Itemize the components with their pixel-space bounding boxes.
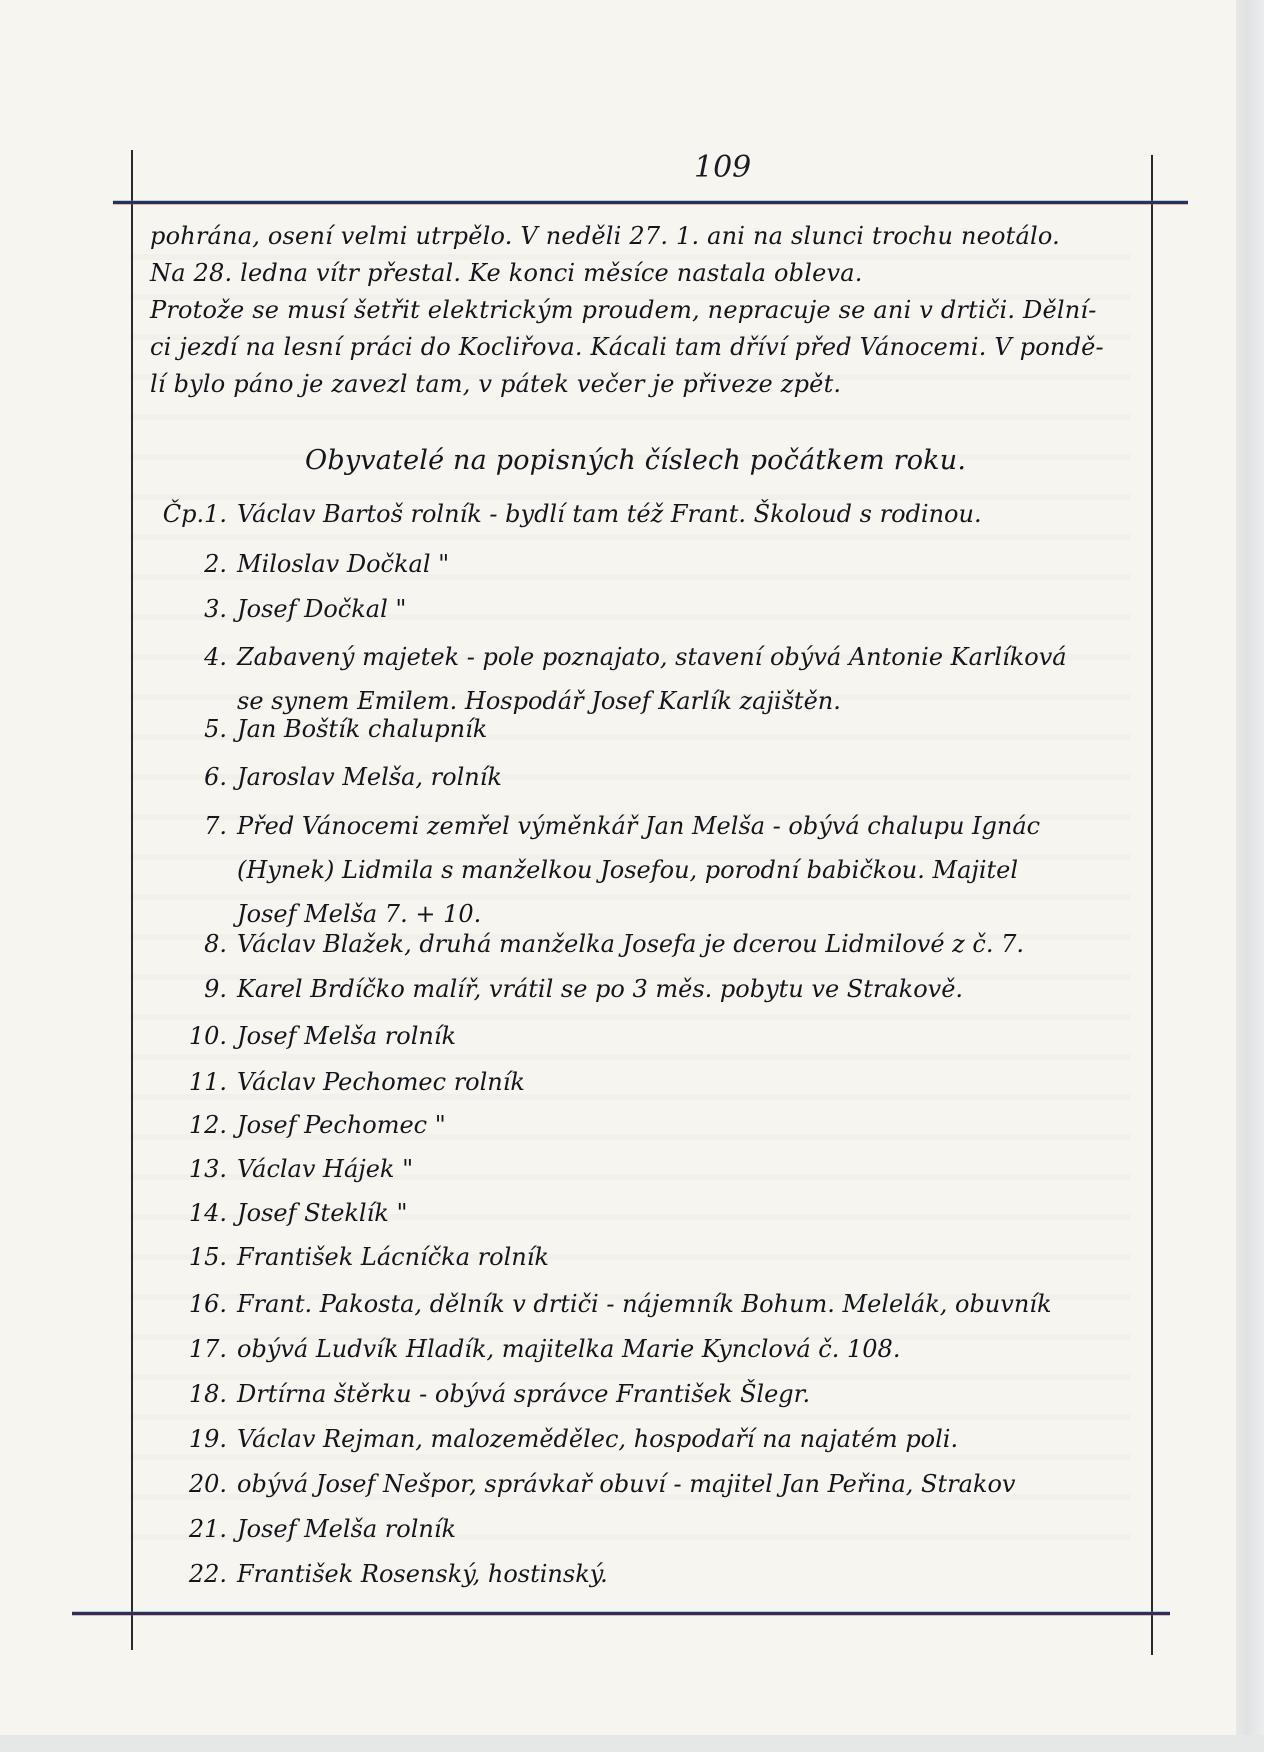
entry-text: Václav Blažek, druhá manželka Josefa je … [237, 930, 1024, 958]
entry-text: Jan Boštík chalupník [237, 715, 487, 743]
left-margin-line [131, 150, 133, 1650]
list-item: 12.Josef Pechomec " [145, 1103, 446, 1147]
house-number: 3. [145, 587, 237, 631]
entry-line: 12.Josef Pechomec " [145, 1103, 446, 1147]
entry-text: obývá Ludvík Hladík, majitelka Marie Kyn… [237, 1335, 900, 1363]
section-heading: Obyvatelé na popisných číslech počátkem … [305, 445, 966, 476]
list-item: 11.Václav Pechomec rolník [145, 1060, 525, 1104]
page-edge [1236, 0, 1264, 1752]
entry-text: Frant. Pakosta, dělník v drtiči - nájemn… [237, 1290, 1052, 1318]
entry-text: Před Vánocemi zemřel výměnkář Jan Melša … [237, 812, 1040, 840]
entry-line: 4.Zabavený majetek - pole poznajato, sta… [145, 635, 1067, 679]
footer-rule [72, 1612, 1170, 1615]
list-item: 22.František Rosenský, hostinský. [145, 1552, 608, 1596]
house-number: 13. [145, 1147, 237, 1191]
entry-text: Josef Dočkal " [237, 595, 406, 623]
list-item: 2.Miloslav Dočkal " [145, 542, 449, 586]
entry-line: 19.Václav Rejman, malozemědělec, hospoda… [145, 1417, 958, 1461]
house-number: 15. [145, 1235, 237, 1279]
entry-text: Václav Rejman, malozemědělec, hospodaří … [237, 1425, 958, 1453]
right-margin-line [1151, 155, 1153, 1655]
entry-text: Josef Melša rolník [237, 1022, 456, 1050]
intro-line: pohrána, osení velmi utrpělo. V neděli 2… [150, 218, 1104, 255]
house-number: 8. [145, 922, 237, 966]
entry-line: Čp.1.Václav Bartoš rolník - bydlí tam té… [145, 492, 982, 536]
list-item: 7.Před Vánocemi zemřel výměnkář Jan Melš… [145, 804, 1040, 936]
entry-text: Karel Brdíčko malíř, vrátil se po 3 měs.… [237, 975, 963, 1003]
entry-line: 6.Jaroslav Melša, rolník [145, 755, 502, 799]
intro-line: Na 28. ledna vítr přestal. Ke konci měsí… [150, 255, 1104, 292]
entry-text: Václav Pechomec rolník [237, 1068, 525, 1096]
list-item: 14.Josef Steklík " [145, 1191, 408, 1235]
entry-line: 11.Václav Pechomec rolník [145, 1060, 525, 1104]
list-item: 13.Václav Hájek " [145, 1147, 413, 1191]
house-number: 22. [145, 1552, 237, 1596]
list-item: 15.František Lácníčka rolník [145, 1235, 549, 1279]
list-item: 17.obývá Ludvík Hladík, majitelka Marie … [145, 1327, 900, 1371]
entry-line: 15.František Lácníčka rolník [145, 1235, 549, 1279]
house-number: 7. [145, 804, 237, 848]
house-number: 10. [145, 1014, 237, 1058]
house-number: 14. [145, 1191, 237, 1235]
entry-text: Josef Melša rolník [237, 1515, 456, 1543]
entry-text: Josef Steklík " [237, 1199, 408, 1227]
house-number: 5. [145, 707, 237, 751]
entry-line: 20.obývá Josef Nešpor, správkař obuví - … [145, 1462, 1015, 1506]
list-item: 21.Josef Melša rolník [145, 1507, 456, 1551]
intro-line: ci jezdí na lesní práci do Kocliřova. Ká… [150, 329, 1104, 366]
list-item: 9.Karel Brdíčko malíř, vrátil se po 3 mě… [145, 967, 963, 1011]
entry-line: 3.Josef Dočkal " [145, 587, 406, 631]
intro-line: Protože se musí šetřit elektrickým proud… [150, 292, 1104, 329]
entry-text: František Rosenský, hostinský. [237, 1560, 608, 1588]
house-number: Čp.1. [145, 492, 237, 536]
list-item: 3.Josef Dočkal " [145, 587, 406, 631]
entry-text: Zabavený majetek - pole poznajato, stave… [237, 643, 1067, 671]
list-item: 6.Jaroslav Melša, rolník [145, 755, 502, 799]
intro-line: lí bylo páno je zavezl tam, v pátek veče… [150, 366, 1104, 403]
list-item: 16.Frant. Pakosta, dělník v drtiči - náj… [145, 1282, 1052, 1326]
entry-text: (Hynek) Lidmila s manželkou Josefou, por… [237, 856, 1018, 884]
entry-line: 5.Jan Boštík chalupník [145, 707, 487, 751]
entry-line: 8.Václav Blažek, druhá manželka Josefa j… [145, 922, 1024, 966]
entry-line: 16.Frant. Pakosta, dělník v drtiči - náj… [145, 1282, 1052, 1326]
entry-text: Josef Pechomec " [237, 1111, 446, 1139]
entry-line: 7.Před Vánocemi zemřel výměnkář Jan Melš… [145, 804, 1040, 848]
house-number: 16. [145, 1282, 237, 1326]
entry-line: 9.Karel Brdíčko malíř, vrátil se po 3 mě… [145, 967, 963, 1011]
entry-text: obývá Josef Nešpor, správkař obuví - maj… [237, 1470, 1015, 1498]
house-number: 18. [145, 1372, 237, 1416]
list-item: 19.Václav Rejman, malozemědělec, hospoda… [145, 1417, 958, 1461]
entry-text: Václav Hájek " [237, 1155, 413, 1183]
house-number: 2. [145, 542, 237, 586]
house-number: 20. [145, 1462, 237, 1506]
list-item: Čp.1.Václav Bartoš rolník - bydlí tam té… [145, 492, 982, 536]
house-number: 12. [145, 1103, 237, 1147]
list-item: 20.obývá Josef Nešpor, správkař obuví - … [145, 1462, 1015, 1506]
entry-line: 22.František Rosenský, hostinský. [145, 1552, 608, 1596]
list-item: 5.Jan Boštík chalupník [145, 707, 487, 751]
entry-line: 10.Josef Melša rolník [145, 1014, 456, 1058]
intro-paragraph: pohrána, osení velmi utrpělo. V neděli 2… [150, 218, 1104, 403]
entry-text: František Lácníčka rolník [237, 1243, 549, 1271]
entry-continuation: (Hynek) Lidmila s manželkou Josefou, por… [145, 848, 1040, 892]
house-number: 9. [145, 967, 237, 1011]
house-number: 19. [145, 1417, 237, 1461]
header-rule [113, 201, 1188, 204]
entry-line: 18.Drtírna štěrku - obývá správce Franti… [145, 1372, 810, 1416]
house-number: 21. [145, 1507, 237, 1551]
entry-line: 17.obývá Ludvík Hladík, majitelka Marie … [145, 1327, 900, 1371]
entry-line: 13.Václav Hájek " [145, 1147, 413, 1191]
house-number: 6. [145, 755, 237, 799]
house-number: 11. [145, 1060, 237, 1104]
entry-text: Miloslav Dočkal " [237, 550, 449, 578]
entry-text: Václav Bartoš rolník - bydlí tam též Fra… [237, 500, 982, 528]
list-item: 18.Drtírna štěrku - obývá správce Franti… [145, 1372, 810, 1416]
entry-line: 2.Miloslav Dočkal " [145, 542, 449, 586]
list-item: 8.Václav Blažek, druhá manželka Josefa j… [145, 922, 1024, 966]
house-number: 17. [145, 1327, 237, 1371]
page-number: 109 [694, 150, 751, 185]
entry-text: Jaroslav Melša, rolník [237, 763, 502, 791]
entry-text: Drtírna štěrku - obývá správce František… [237, 1380, 810, 1408]
scan-bottom-edge [0, 1735, 1264, 1752]
house-number: 4. [145, 635, 237, 679]
list-item: 10.Josef Melša rolník [145, 1014, 456, 1058]
entry-line: 14.Josef Steklík " [145, 1191, 408, 1235]
entry-line: 21.Josef Melša rolník [145, 1507, 456, 1551]
